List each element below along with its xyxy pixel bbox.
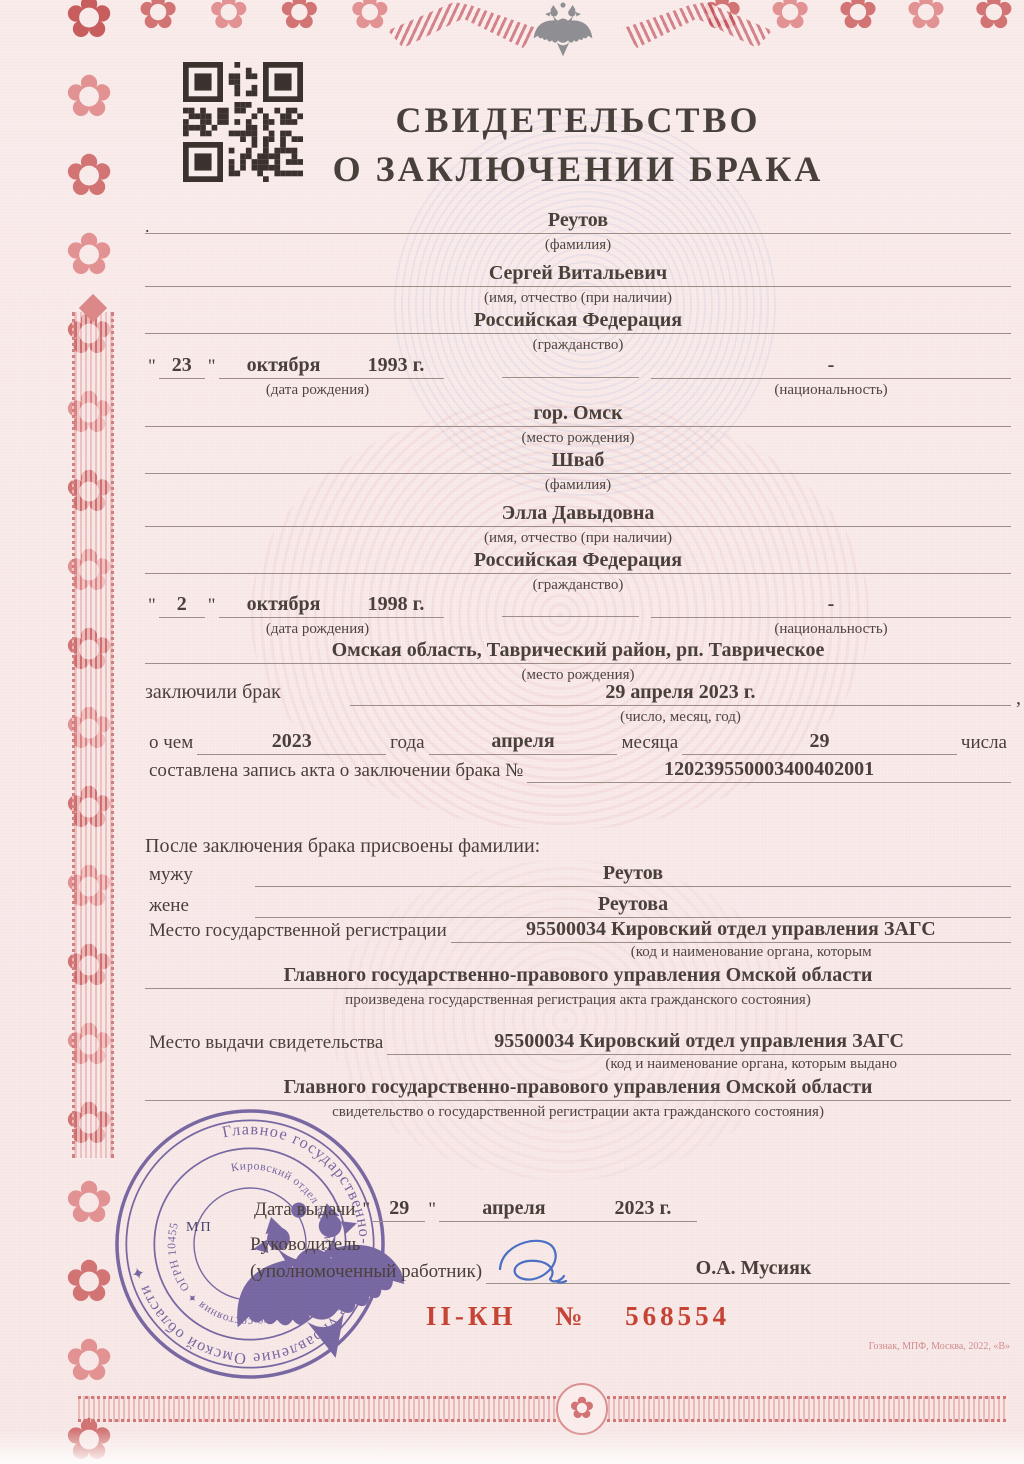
issuance-note1-row: (код и наименование органа, которым выда… — [145, 1053, 1011, 1074]
quote-mark: " — [359, 1197, 373, 1222]
bride-name: Элла Давыдовна — [145, 500, 1011, 527]
name-label: (имя, отчество (при наличии) — [145, 287, 1011, 308]
groom-birth-day: 23 — [159, 353, 205, 379]
quote-mark: " — [205, 593, 219, 618]
record-number-row: составлена запись акта о заключении брак… — [145, 757, 1011, 783]
head-title: Руководитель — [250, 1232, 1010, 1258]
o-chem-word: о чем — [145, 730, 197, 755]
quote-mark: " — [145, 354, 159, 379]
wife-surname-row: жене Реутова — [145, 892, 1011, 918]
wife-word: жене — [145, 893, 255, 918]
issue-day: 29 — [373, 1196, 425, 1222]
bride-birth-month: октября — [219, 592, 349, 618]
ribbon-ornament-right — [622, 2, 772, 48]
bride-nationality: - — [651, 592, 1011, 618]
registration-place-row: Место государственной регистрации 955000… — [145, 917, 1011, 943]
record-month: апреля — [429, 729, 618, 755]
ribbon-ornament-left — [388, 2, 538, 48]
bride-citizenship-field: Российская Федерация (гражданство) — [145, 547, 1011, 595]
citizenship-label: (гражданство) — [145, 334, 1011, 355]
registration-note1: (код и наименование органа, которым — [491, 941, 1011, 962]
bride-birthplace: Омская область, Таврический район, рп. Т… — [145, 637, 1011, 664]
bottom-fade — [0, 1430, 1024, 1464]
groom-birthplace: гор. Омск — [145, 400, 1011, 427]
husband-word: мужу — [145, 862, 255, 887]
bride-birth-row: " 2 " октября 1998 г. (дата рождения) - … — [145, 592, 1011, 639]
issue-month: апреля — [439, 1196, 589, 1222]
bride-surname: Шваб — [145, 447, 1011, 474]
groom-surname-field: . Реутов (фамилия) — [145, 207, 1011, 255]
quote-mark: " — [145, 593, 159, 618]
nationality-label: (национальность) — [651, 618, 1011, 639]
month-word: месяца — [617, 730, 682, 755]
numero-sign: № — [555, 1301, 586, 1331]
groom-birth-month: октября — [219, 353, 349, 379]
bride-birth-year: 1998 г. — [349, 592, 444, 618]
record-number: 120239550003400402001 — [527, 757, 1011, 783]
surname-label: (фамилия) — [145, 474, 1011, 495]
marriage-date-label: (число, месяц, год) — [350, 706, 1011, 727]
issuance-note1: (код и наименование органа, которым выда… — [491, 1053, 1011, 1074]
bride-birthplace-field: Омская область, Таврический район, рп. Т… — [145, 637, 1011, 685]
certificate-series-number: II-КН № 568554 — [145, 1301, 1011, 1332]
bride-name-field: Элла Давыдовна (имя, отчество (при налич… — [145, 500, 1011, 548]
registration-note2: произведена государственная регистрация … — [145, 989, 1011, 1010]
groom-citizenship-field: Российская Федерация (гражданство) — [145, 307, 1011, 355]
border-rosette-chain-top-left: ✿✿✿✿ — [138, 0, 390, 36]
after-marriage-header: После заключения брака присвоены фамилии… — [145, 833, 1011, 859]
bride-citizenship: Российская Федерация — [145, 547, 1011, 574]
birth-date-label: (дата рождения) — [145, 618, 490, 639]
birthplace-label: (место рождения) — [145, 427, 1011, 448]
registration-value: 95500034 Кировский отдел управления ЗАГС — [451, 917, 1011, 943]
bride-surname-field: Шваб (фамилия) — [145, 447, 1011, 495]
official-name: О.А. Мусияк — [696, 1256, 812, 1281]
border-stripe-band-bottom — [78, 1396, 1006, 1422]
surname-label: (фамилия) — [145, 234, 1011, 255]
registration-authority: Главного государственно-правового управл… — [145, 962, 1011, 989]
day-word: числа — [957, 730, 1011, 755]
bride-birth-day: 2 — [159, 592, 205, 618]
name-label: (имя, отчество (при наличии) — [145, 527, 1011, 548]
year-word: года — [386, 730, 428, 755]
registration-authority-row: Главного государственно-правового управл… — [145, 962, 1011, 1010]
series-code: II-КН — [426, 1301, 517, 1331]
series-number: 568554 — [625, 1301, 730, 1331]
husband-surname-row: мужу Реутов — [145, 861, 1011, 887]
nationality-label: (национальность) — [651, 379, 1011, 400]
mp-mark: МП — [186, 1220, 213, 1236]
empty-underline — [502, 353, 639, 378]
issuance-value: 95500034 Кировский отдел управления ЗАГС — [387, 1029, 1011, 1055]
groom-name: Сергей Витальевич — [145, 260, 1011, 287]
quote-mark: " — [205, 354, 219, 379]
trailing-comma: , — [1016, 687, 1021, 710]
title-line2: О ЗАКЛЮЧЕНИИ БРАКА — [145, 145, 1011, 194]
signature-line: О.А. Мусияк — [486, 1258, 1010, 1284]
issuance-label: Место выдачи свидетельства — [145, 1030, 387, 1055]
double-headed-eagle-icon — [531, 0, 595, 60]
marriage-certificate-page: ✿✿✿✿✿✿✿✿✿✿✿✿✿✿✿✿✿✿✿ ✿✿✿✿ ✿✿✿✿✿ ✿ СВИДЕТЕ… — [0, 0, 1024, 1464]
wife-surname: Реутова — [255, 892, 1011, 918]
groom-birth-year: 1993 г. — [349, 353, 444, 379]
head-subtitle: (уполномоченный работник) — [250, 1259, 486, 1284]
groom-birth-row: " 23 " октября 1993 г. (дата рождения) -… — [145, 353, 1011, 400]
marriage-statement: заключили брак — [145, 679, 350, 705]
groom-birthplace-field: гор. Омск (место рождения) — [145, 400, 1011, 448]
record-year: 2023 — [197, 729, 386, 755]
signature-icon — [490, 1229, 600, 1291]
issue-date-label: Дата выдачи — [250, 1197, 359, 1222]
birth-date-label: (дата рождения) — [145, 379, 490, 400]
title-line1: СВИДЕТЕЛЬСТВО — [145, 96, 1011, 145]
groom-surname: Реутов — [145, 207, 1011, 234]
marriage-date: 29 апреля 2023 г. — [350, 679, 1011, 706]
record-date-row: о чем 2023 года апреля месяца 29 числа — [145, 729, 1011, 755]
groom-name-field: Сергей Витальевич (имя, отчество (при на… — [145, 260, 1011, 308]
quote-mark: " — [425, 1197, 439, 1222]
registration-label: Место государственной регистрации — [145, 918, 451, 943]
printer-note: Гознак, МПФ, Москва, 2022, «В» — [869, 1341, 1010, 1352]
border-stripe-band-left — [72, 312, 114, 1158]
marriage-date-row: заключили брак 29 апреля 2023 г. (число,… — [145, 679, 1011, 727]
record-statement: составлена запись акта о заключении брак… — [145, 758, 527, 783]
stray-dot: . — [145, 216, 150, 237]
issuance-place-row: Место выдачи свидетельства 95500034 Киро… — [145, 1029, 1011, 1055]
groom-nationality: - — [651, 353, 1011, 379]
certificate-title: СВИДЕТЕЛЬСТВО О ЗАКЛЮЧЕНИИ БРАКА — [145, 96, 1011, 193]
issue-date-row: Дата выдачи " 29 " апреля 2023 г. — [250, 1196, 810, 1222]
empty-underline — [502, 592, 639, 617]
groom-citizenship: Российская Федерация — [145, 307, 1011, 334]
registration-note1-row: (код и наименование органа, которым — [145, 941, 1011, 962]
husband-surname: Реутов — [255, 861, 1011, 887]
official-signature-block: Руководитель (уполномоченный работник) О… — [250, 1232, 1010, 1284]
record-day: 29 — [682, 729, 957, 755]
issue-year: 2023 г. — [589, 1196, 697, 1222]
